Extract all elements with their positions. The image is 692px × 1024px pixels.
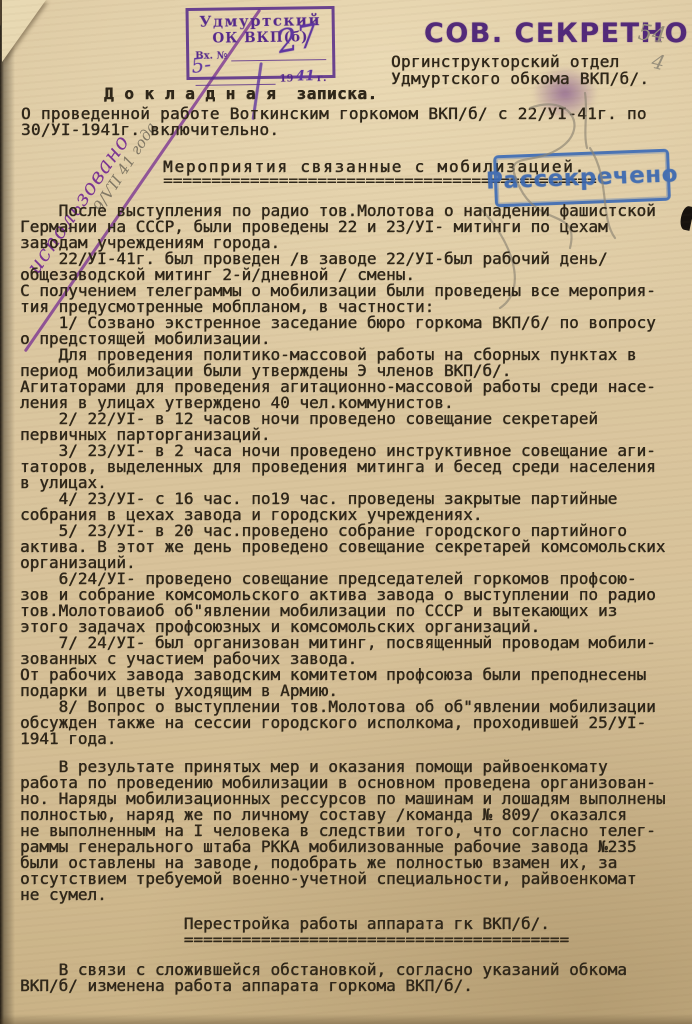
paragraph: В результате принятых мер и оказания пом… [20, 759, 686, 903]
paragraph: 4/ 23/УІ- с 16 час. по19 час. проведены … [20, 491, 686, 523]
stamp-year-suffix: г. [317, 73, 327, 84]
paragraph: От рабочих завода заводским комитетом пр… [20, 667, 686, 699]
paper-fold [2, 0, 46, 62]
document-page: использовано 9/ѴІІ 41 года Удмуртский ОК… [0, 0, 692, 1024]
paragraph: Для проведения политико-массовой работы … [20, 347, 686, 379]
paragraph: 1/ Созвано экстренное заседание бюро гор… [20, 315, 686, 347]
registration-stamp: Удмуртский ОК ВКП(б) Вх. № 19 41 г. 27 5… [186, 6, 336, 80]
text-line: 1941 года. [20, 731, 686, 747]
department-block: Оргинструкторский отдел Удмуртского обко… [391, 54, 649, 87]
paragraph: 8/ Вопрос о выступлении тов.Молотова об … [20, 699, 686, 747]
scan-bottom-shadow [0, 1014, 692, 1024]
text-line: ======================================== [20, 932, 686, 948]
paragraph: 6/24/УІ- проведено совещание председател… [20, 571, 686, 635]
text-line: таторов, выделенных для проведения митин… [20, 459, 686, 475]
pencil-note-bottom: 4 [649, 49, 667, 75]
document-title: Д о к л а д н а я записка. [104, 84, 378, 103]
handwritten-number: 27 [274, 16, 321, 61]
scan-edge-shadow [0, 0, 16, 1024]
paragraph: 22/УІ-41г. был проведен /в заводе 22/УІ-… [20, 251, 686, 283]
text-line: отсутствием требуемой военно-учетной спе… [20, 871, 686, 887]
paragraph: С получением телеграммы о мобилизации бы… [20, 283, 686, 315]
handwritten-day: 5- [190, 52, 212, 78]
department-line: Удмуртского обкома ВКП/б/. [391, 71, 649, 88]
paragraph: Агитаторами для проведения агитационно-м… [20, 379, 686, 411]
text-line: ВКП/б/ изменена работа аппарата горкома … [20, 978, 686, 994]
paragraph: 7/ 24/УІ- был организован митинг, посвящ… [20, 635, 686, 667]
paragraph: В связи с сложившейся обстановкой, согла… [20, 962, 686, 994]
paragraph: 5/ 23/УІ- в 20 час.проведено собрание го… [20, 523, 686, 571]
paragraph: 3/ 23/УІ- в 2 часа ночи проведено инстру… [20, 443, 686, 491]
pencil-note-top: 54 [636, 20, 667, 49]
paragraph: После выступления по радио тов.Молотова … [20, 203, 686, 251]
section-heading-block: Перестройка работы аппарата гк ВКП/б/. =… [20, 916, 686, 948]
body-text: После выступления по радио тов.Молотова … [20, 203, 686, 994]
handwritten-year: 41 [295, 68, 315, 84]
text-line: обсужден также на сессии городского испо… [20, 715, 686, 731]
paragraph: 2/ 22/УІ- в 12 часов ночи проведено сове… [20, 411, 686, 443]
text-line: не сумел. [20, 887, 686, 903]
